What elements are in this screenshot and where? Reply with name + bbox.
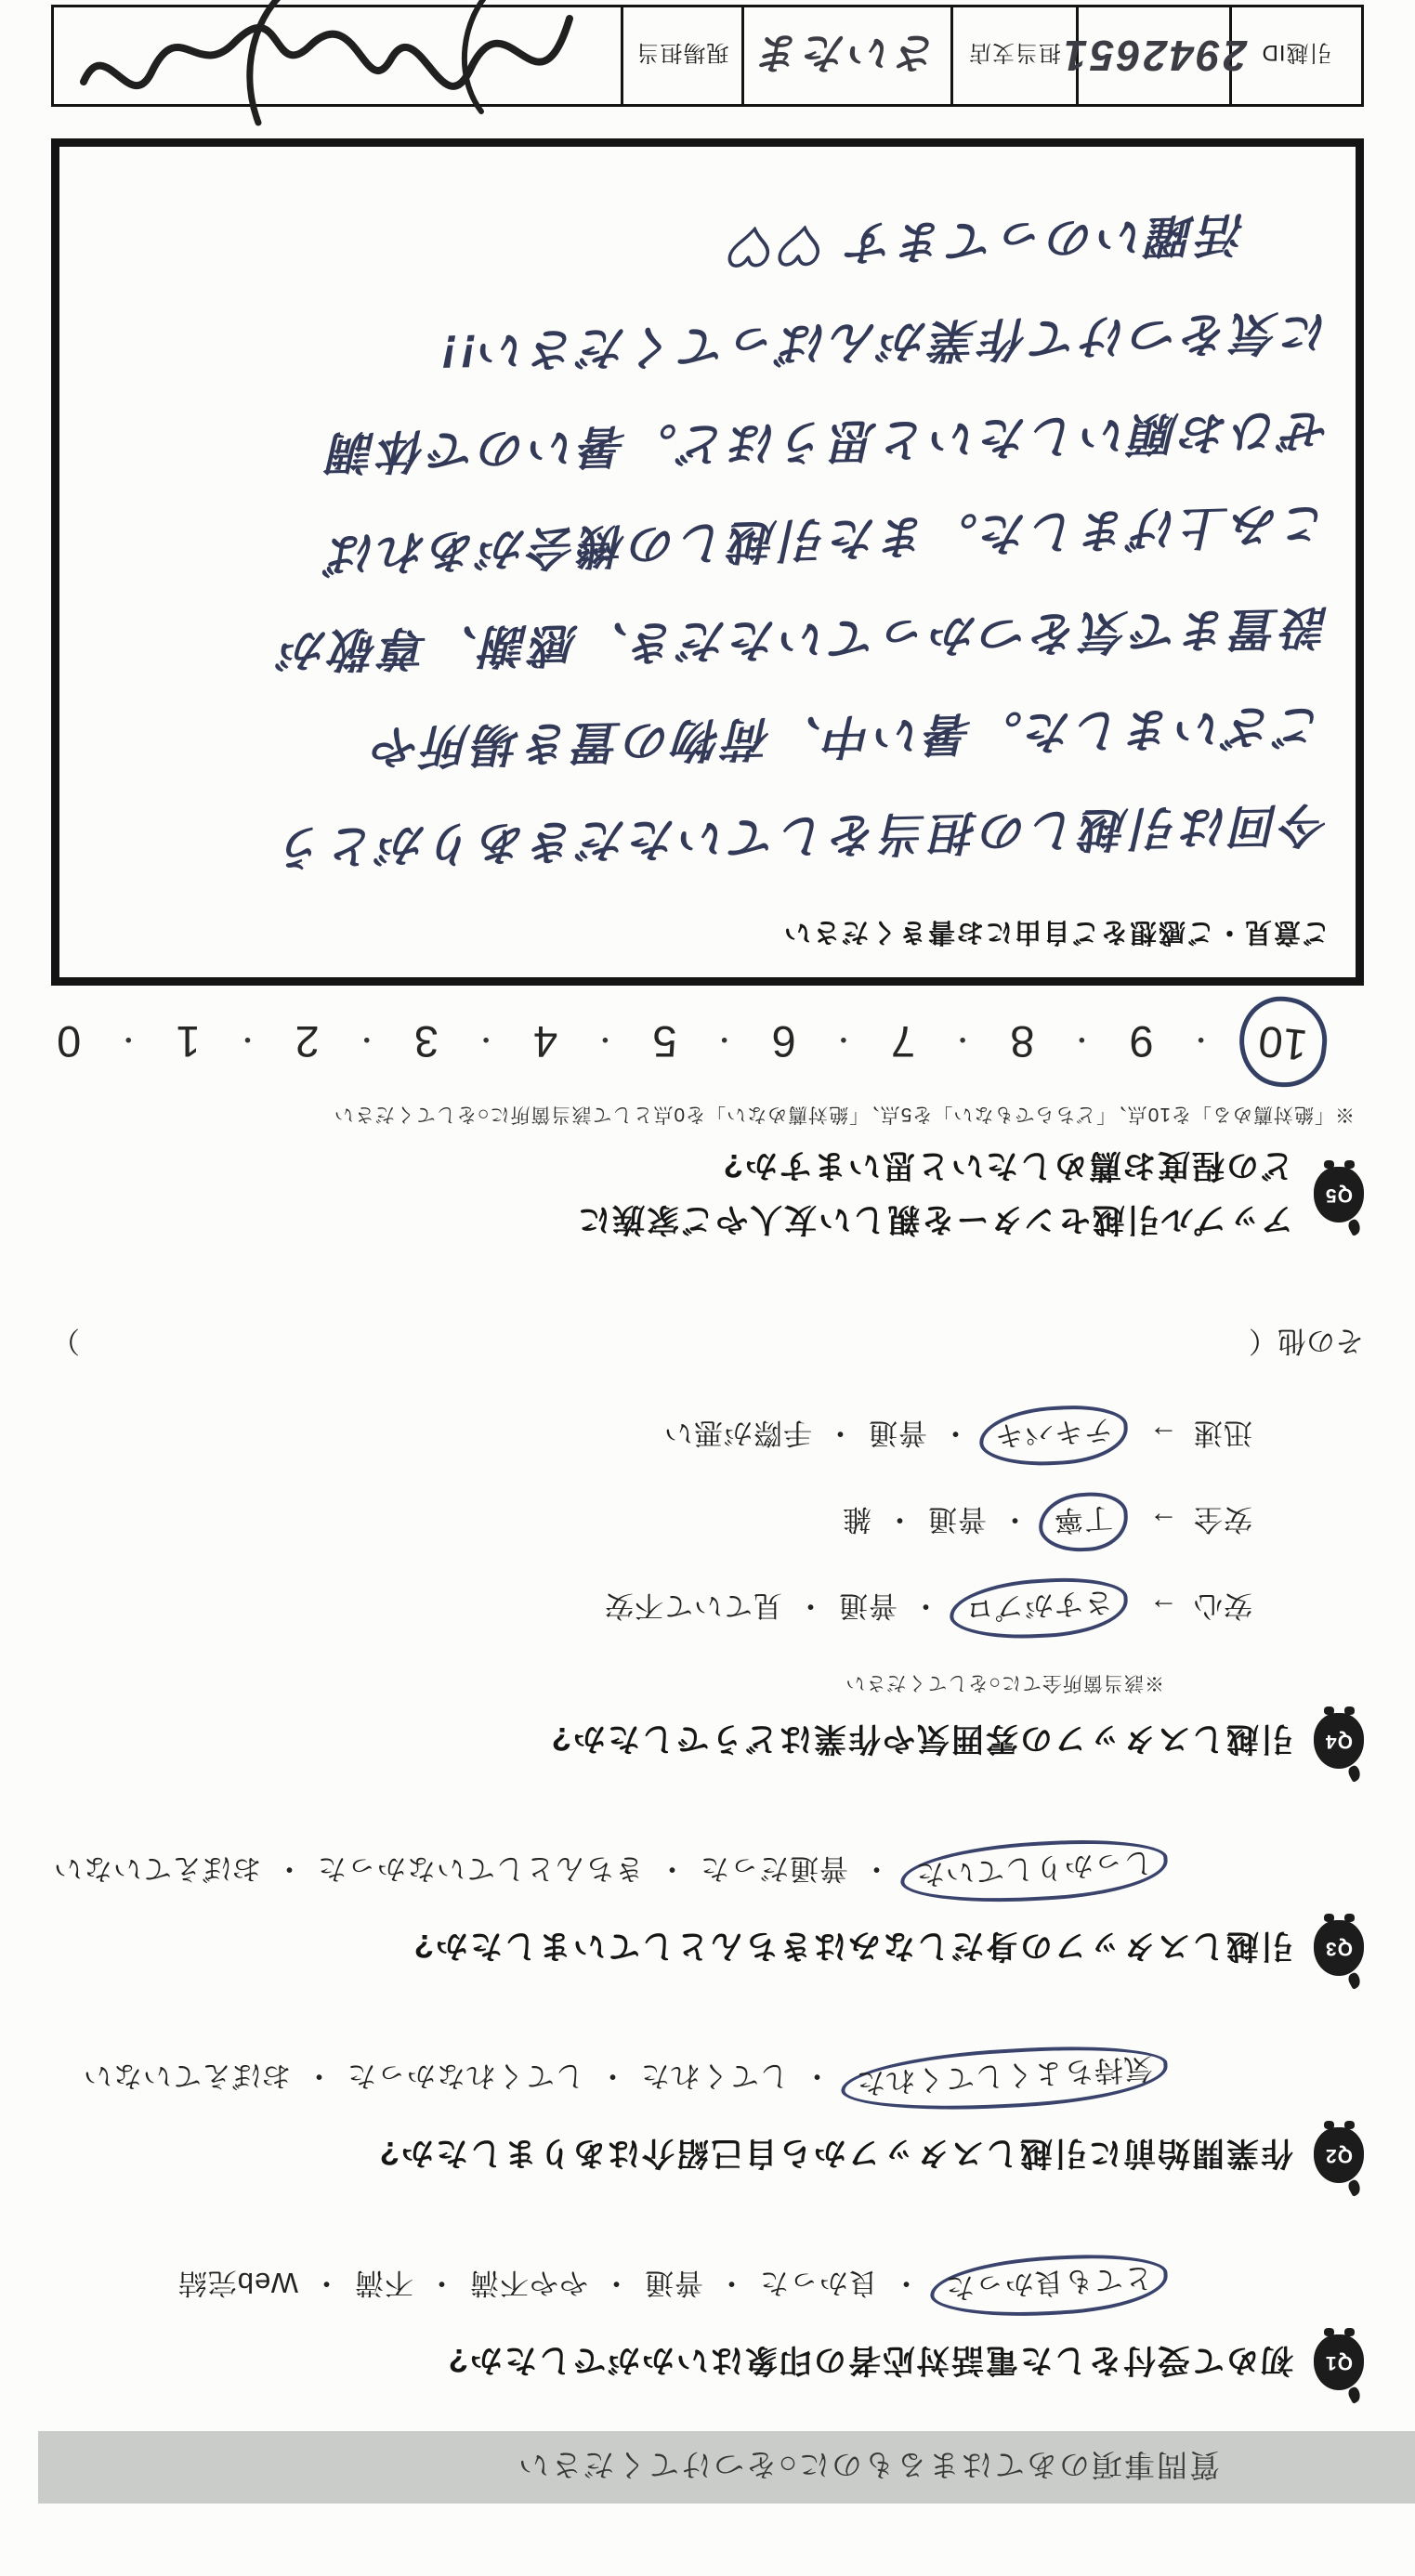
scale-number: 7 (891, 1016, 915, 1067)
q1-option: 不満 (354, 2267, 413, 2299)
q4-option: テキパキ (993, 1414, 1114, 1453)
instruction-text: 質問事項のあてはまるものに○をつけてください (517, 2446, 1220, 2490)
q2-option: 気持ちよくしてくれた (855, 2052, 1153, 2100)
q3-option: おぼえていない (53, 1852, 261, 1885)
arrow-right: → (1148, 1506, 1178, 1539)
scale-separator: ・ (591, 1022, 619, 1063)
option-separator: ・ (861, 1852, 891, 1885)
q5-title-line1: アップル引越センターを親しい友人やご家族に (576, 1198, 1293, 1245)
option-separator: ・ (825, 1415, 855, 1457)
q3-option: 普通だった (700, 1852, 848, 1885)
scale-separator: ・ (114, 1022, 142, 1063)
scale-separator: ・ (1187, 1022, 1215, 1063)
q4-row0-selected-circle: さすがプロ (948, 1575, 1129, 1642)
option-separator: ・ (597, 2059, 627, 2092)
option-separator: ・ (426, 2267, 456, 2299)
moving-id-value: 2942651 (1076, 7, 1229, 104)
q2-option: してくれなかった (347, 2059, 584, 2092)
comment-box-label: ご意見・ご感想をご自由にお書きください (85, 915, 1330, 953)
q4-row-anzen: 安全→ 丁寧・普通・雑 (51, 1497, 1252, 1547)
field-staff-signature-cell (54, 7, 621, 104)
q1-title: 初めて受付をした電話対応者の印象はいかがでしたか? (447, 2339, 1293, 2386)
scale-separator: ・ (711, 1022, 739, 1063)
q3-badge-icon: Q3 (1314, 1920, 1364, 1976)
q5-selected-circle: 10 (1235, 992, 1331, 1091)
scale-separator: ・ (1068, 1022, 1095, 1063)
q4-row-label: 迅速 (1193, 1415, 1252, 1457)
q4-option: 普通 (838, 1588, 897, 1629)
branch-label: 担当支店 (950, 7, 1076, 104)
q4-option: 手際が悪い (663, 1415, 812, 1457)
q2-badge-icon: Q2 (1314, 2127, 1364, 2183)
scale-number: 8 (1010, 1016, 1034, 1067)
option-separator: ・ (891, 2267, 921, 2299)
q5-note: ※「絶対薦める」を10点、「どちらでもない」を5点、「絶対薦めない」を0点として… (51, 1102, 1355, 1130)
q2-title: 作業開始前に引越しスタッフから自己紹介はありましたか? (378, 2132, 1293, 2178)
q4-other-paren-open: （ (1249, 1323, 1277, 1365)
q3-selected-circle: しっかりしていた (899, 1836, 1170, 1908)
q4-rows: 安心→ さすがプロ・普通・見ていて不安 安全→ 丁寧・普通・雑 迅速→ テキパキ… (51, 1411, 1252, 1633)
field-staff-label: 現場担当 (621, 7, 741, 104)
option-separator: ・ (884, 1501, 914, 1543)
q3-title: 引越しスタッフの身だしなみはきちんとしていましたか? (413, 1925, 1293, 1971)
question-q3: Q3 引越しスタッフの身だしなみはきちんとしていましたか? しっかりしていた・普… (51, 1847, 1364, 1976)
option-separator: ・ (940, 1415, 970, 1457)
scale-number: 6 (772, 1016, 796, 1067)
q2-badge-label: Q2 (1325, 2144, 1353, 2166)
q4-option: 雑 (842, 1501, 871, 1543)
q4-row-anshin: 安心→ さすがプロ・普通・見ていて不安 (51, 1584, 1252, 1633)
staff-id-table: 引越ID 2942651 担当支店 さいたま 現場担当 (51, 5, 1364, 107)
q1-option: Web完結 (177, 2267, 298, 2299)
q1-options: とても良かった・良かった・普通・やや不満・不満・Web完結 (51, 2261, 1164, 2310)
q4-note: ※該当箇所全てに○をしてください (51, 1670, 1164, 1698)
q4-row1-selected-circle: 丁寧 (1037, 1491, 1129, 1554)
q4-row-jinsoku: 迅速→ テキパキ・普通・手際が悪い (51, 1411, 1252, 1460)
option-separator: ・ (1000, 1501, 1029, 1543)
scale-number: 1 (176, 1016, 200, 1067)
handwritten-comment: 今回は引越しの担当をしていただきありがとう ございました。暑い中、荷物の置き場所… (85, 198, 1330, 887)
q5-badge-icon: Q5 (1314, 1167, 1364, 1223)
q5-badge-label: Q5 (1325, 1183, 1353, 1206)
scale-separator: ・ (472, 1022, 500, 1063)
signature-scribble (72, 0, 593, 139)
option-separator: ・ (657, 1852, 687, 1885)
q4-row-label: 安全 (1193, 1501, 1252, 1543)
q4-other-paren-close: ） (51, 1323, 80, 1365)
option-separator: ・ (716, 2267, 746, 2299)
question-q2: Q2 作業開始前に引越しスタッフから自己紹介はありましたか? 気持ちよくしてくれ… (51, 2054, 1364, 2183)
arrow-right: → (1148, 1592, 1178, 1626)
q4-badge-label: Q4 (1325, 1730, 1353, 1752)
q4-badge-icon: Q4 (1314, 1713, 1364, 1769)
scale-number: 4 (533, 1016, 557, 1067)
q4-row2-selected-circle: テキパキ (977, 1403, 1129, 1469)
option-separator: ・ (911, 1588, 940, 1629)
instruction-bar: 質問事項のあてはまるものに○をつけてください (38, 2431, 1415, 2504)
scale-separator: ・ (234, 1022, 262, 1063)
scale-number: 10 (1256, 1016, 1310, 1070)
q1-badge-icon: Q1 (1314, 2334, 1364, 2390)
q4-option: 丁寧 (1053, 1501, 1114, 1536)
q3-options: しっかりしていた・普通だった・きちんとしていなかった・おぼえていない (51, 1847, 1164, 1896)
scanned-survey-page: 質問事項のあてはまるものに○をつけてください Q1 初めて受付をした電話対応者の… (0, 0, 1415, 2576)
scale-separator: ・ (353, 1022, 381, 1063)
q4-other-label: その他 (1277, 1323, 1364, 1365)
question-q5: Q5 アップル引越センターを親しい友人やご家族に どの程度お薦めしたいと思います… (51, 1013, 1364, 1245)
option-separator: ・ (601, 2267, 631, 2299)
q1-option: 良かった (759, 2267, 878, 2299)
scale-number: 3 (414, 1016, 439, 1067)
q4-row-label: 安心 (1193, 1588, 1252, 1629)
q1-option: 普通 (644, 2267, 703, 2299)
q3-badge-label: Q3 (1325, 1937, 1353, 1959)
scale-number: 5 (652, 1016, 676, 1067)
option-separator: ・ (274, 1852, 304, 1885)
q2-option: おぼえていない (83, 2059, 291, 2092)
scale-number: 9 (1129, 1016, 1153, 1067)
q5-scale: 10 ・9 ・8 ・7 ・6 ・5 ・4 ・3 ・2 ・1 ・0 (57, 1013, 1317, 1070)
option-separator: ・ (802, 2059, 832, 2092)
question-q4: Q4 引越しスタッフの雰囲気や作業はどうでしたか? ※該当箇所全てに○をしてくだ… (51, 1323, 1364, 1769)
option-separator: ・ (311, 2267, 341, 2299)
q4-option: 見ていて不安 (604, 1588, 782, 1629)
q4-option: 普通 (927, 1501, 987, 1543)
q4-option: さすがプロ (963, 1586, 1114, 1626)
moving-id-label: 引越ID (1229, 7, 1361, 104)
branch-value: さいたま (741, 7, 950, 104)
q4-title: 引越しスタッフの雰囲気や作業はどうでしたか? (550, 1718, 1293, 1764)
q2-options: 気持ちよくしてくれた・してくれた・してくれなかった・おぼえていない (51, 2054, 1164, 2103)
q2-selected-circle: 気持ちよくしてくれた (840, 2041, 1170, 2116)
q4-other-row: その他 （ ） (51, 1323, 1364, 1365)
q1-badge-label: Q1 (1325, 2351, 1353, 2373)
q3-option: きちんとしていなかった (317, 1852, 644, 1885)
q2-option: してくれた (640, 2059, 789, 2092)
q4-option: 普通 (868, 1415, 927, 1457)
scale-number: 0 (57, 1016, 81, 1067)
q1-option: やや不満 (469, 2267, 588, 2299)
scale-separator: ・ (830, 1022, 858, 1063)
q1-selected-circle: とても良かった (929, 2250, 1170, 2321)
q5-title-line2: どの程度お薦めしたいと思いますか? (576, 1144, 1293, 1191)
q1-option: とても良かった (944, 2261, 1154, 2305)
q3-option: しっかりしていた (914, 1846, 1153, 1890)
option-separator: ・ (304, 2059, 334, 2092)
comment-box: ご意見・ご感想をご自由にお書きください 今回は引越しの担当をしていただきありがと… (51, 138, 1364, 986)
scale-number: 2 (295, 1016, 320, 1067)
arrow-right: → (1148, 1419, 1178, 1453)
survey-sheet: 質問事項のあてはまるものに○をつけてください Q1 初めて受付をした電話対応者の… (0, 0, 1415, 2576)
option-separator: ・ (795, 1588, 825, 1629)
scale-separator: ・ (949, 1022, 976, 1063)
question-q1: Q1 初めて受付をした電話対応者の印象はいかがでしたか? とても良かった・良かっ… (51, 2261, 1364, 2390)
